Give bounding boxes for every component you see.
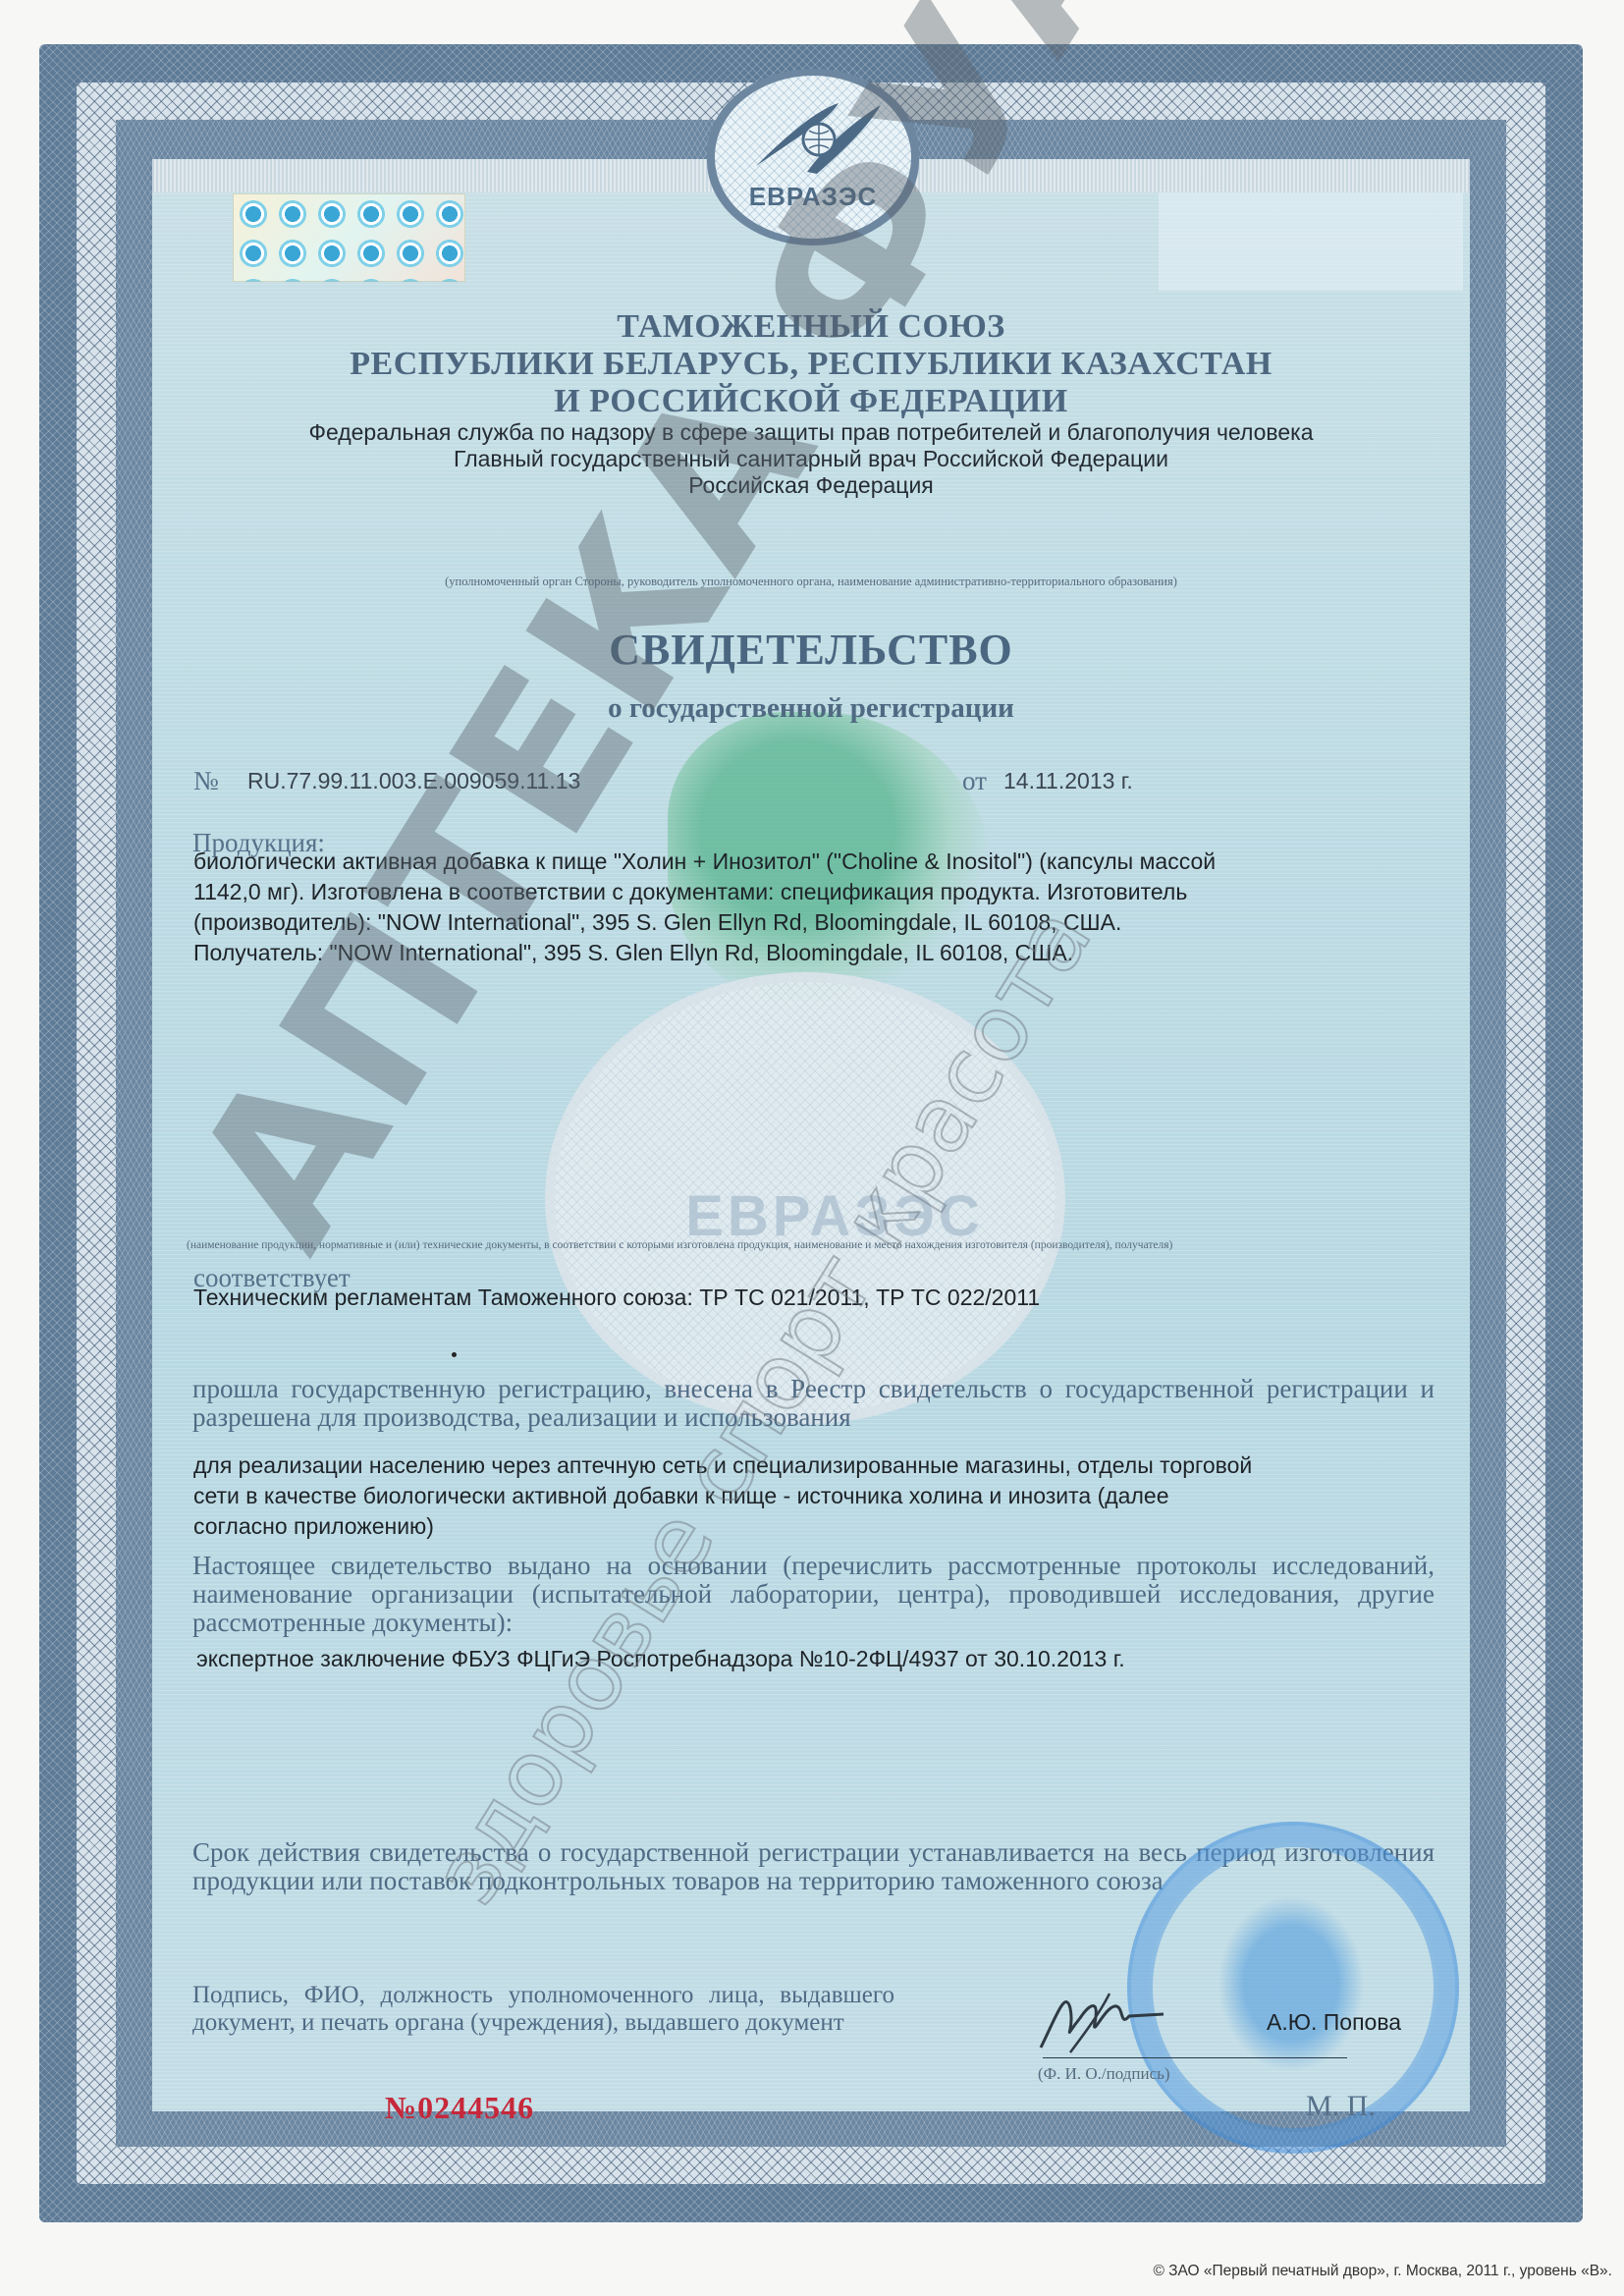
usage-line: сети в качестве биологически активной до… xyxy=(193,1481,1480,1511)
signature-instruction: Подпись, ФИО, должность уполномоченного … xyxy=(192,1982,894,2037)
union-title-line: ТАМОЖЕННЫЙ СОЮЗ xyxy=(152,308,1470,346)
certificate-title: СВИДЕТЕЛЬСТВО xyxy=(152,625,1470,675)
registration-usage: для реализации населению через аптечную … xyxy=(193,1450,1480,1542)
emblem-label: ЕВРАЗЭС xyxy=(715,182,911,212)
product-line: 1142,0 мг). Изготовлена в соответствии с… xyxy=(193,877,1480,907)
agency-country: Российская Федерация xyxy=(152,472,1470,499)
certificate-number: RU.77.99.11.003.E.009059.11.13 xyxy=(247,766,580,796)
certificate-subtitle: о государственной регистрации xyxy=(152,692,1470,725)
product-line: (производитель): "NOW International", 39… xyxy=(193,907,1480,938)
hologram-sticker xyxy=(233,193,465,282)
conformity-value: Техническим регламентам Таможенного союз… xyxy=(193,1283,1040,1313)
handwritten-signature-icon xyxy=(1031,1979,1168,2057)
registration-text: прошла государственную регистрацию, внес… xyxy=(192,1375,1435,1432)
number-prefix: № xyxy=(193,766,219,796)
double-headed-eagle-icon xyxy=(1218,1895,1365,2072)
agency-hint: (уполномоченный орган Стороны, руководит… xyxy=(152,574,1470,589)
agency-block: Федеральная служба по надзору в сфере за… xyxy=(152,419,1470,499)
union-title-line: И РОССИЙСКОЙ ФЕДЕРАЦИИ xyxy=(152,383,1470,420)
security-patch xyxy=(1159,192,1463,291)
signature-line-hint: (Ф. И. О./подпись) xyxy=(1038,2064,1170,2084)
product-line: Получатель: "NOW International", 395 S. … xyxy=(193,938,1480,968)
usage-line: для реализации населению через аптечную … xyxy=(193,1450,1480,1481)
eurasec-emblem-icon xyxy=(748,95,886,179)
product-description: биологически активная добавка к пище "Хо… xyxy=(193,847,1480,968)
printer-credit: © ЗАО «Первый печатный двор», г. Москва,… xyxy=(1153,2263,1612,2280)
eurasec-emblem: ЕВРАЗЭС xyxy=(707,69,919,246)
ink-dot xyxy=(452,1352,457,1357)
union-title: ТАМОЖЕННЫЙ СОЮЗ РЕСПУБЛИКИ БЕЛАРУСЬ, РЕС… xyxy=(152,308,1470,420)
usage-line: согласно приложению) xyxy=(193,1511,1480,1542)
product-line: биологически активная добавка к пище "Хо… xyxy=(193,847,1480,877)
certificate-date: 14.11.2013 г. xyxy=(1003,766,1133,796)
date-prefix: от xyxy=(962,766,987,796)
union-title-line: РЕСПУБЛИКИ БЕЛАРУСЬ, РЕСПУБЛИКИ КАЗАХСТА… xyxy=(152,346,1470,383)
signature-line xyxy=(1043,2057,1347,2058)
seal-mark: М. П. xyxy=(1306,2090,1376,2123)
product-hint: (наименование продукции, нормативные и (… xyxy=(187,1239,1453,1251)
agency-officer: Главный государственный санитарный врач … xyxy=(152,446,1470,472)
basis-text: Настоящее свидетельство выдано на основа… xyxy=(192,1552,1435,1637)
agency-name: Федеральная служба по надзору в сфере за… xyxy=(152,419,1470,446)
signatory-name: А.Ю. Попова xyxy=(1267,2007,1401,2038)
basis-value: экспертное заключение ФБУЗ ФЦГиЭ Роспотр… xyxy=(196,1644,1125,1674)
form-number: №0244546 xyxy=(385,2090,534,2126)
